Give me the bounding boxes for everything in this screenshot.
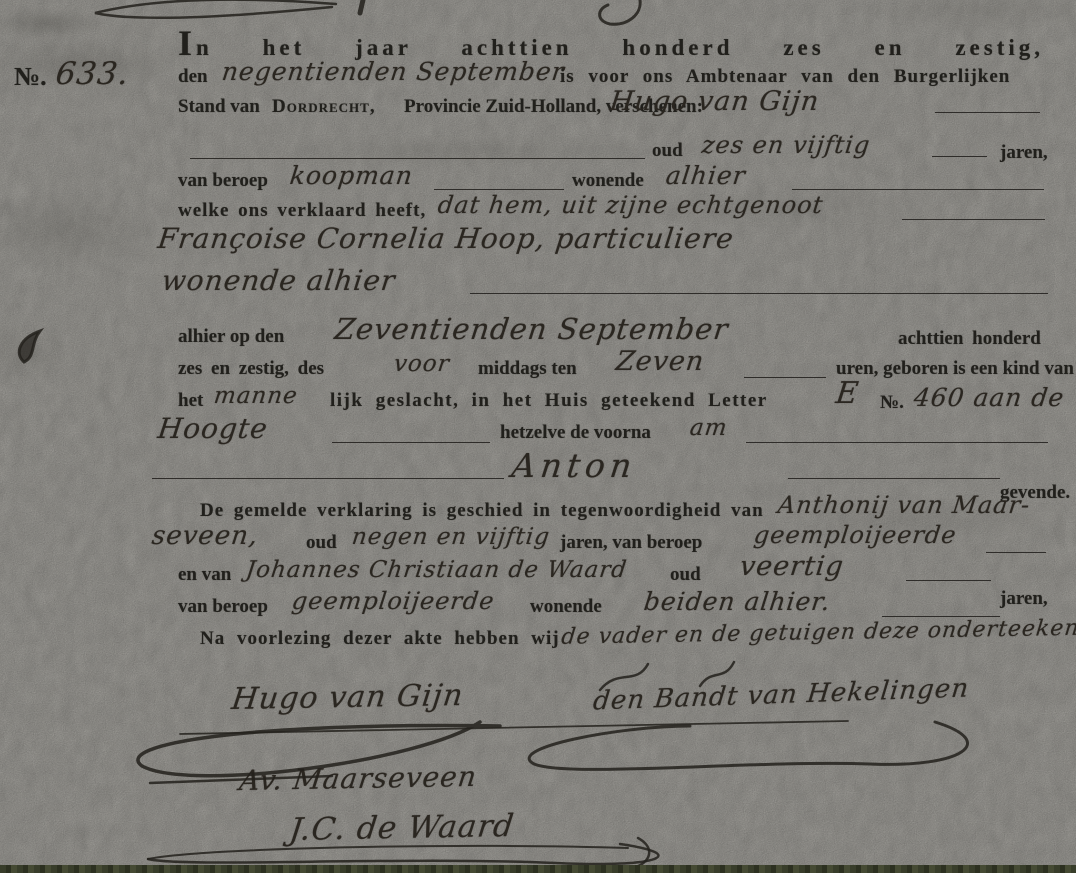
line-alhier-op-den: alhier op den — [178, 326, 284, 348]
blank-line-rule — [152, 478, 504, 479]
certificate-scan-page: №. 633. In het jaar achttien honderd zes… — [0, 0, 1076, 873]
blank-line-rule — [746, 442, 1048, 443]
house-number-script: 460 aan de — [912, 383, 1066, 412]
voornaam-suffix-script: am — [688, 415, 729, 441]
line-oud-3: oud — [670, 564, 701, 586]
witness2-signature: J.C. de Waard — [288, 808, 517, 848]
municipality-name: Dordrecht, — [272, 96, 376, 118]
declarant-name-script: Hugo van Gijn — [608, 86, 821, 117]
witness2-occupation-script: geemploijeerde — [290, 587, 496, 615]
mother-name-script: Françoise Cornelia Hoop, particuliere — [156, 222, 736, 255]
line-hetzelve-voorna: hetzelve de voorna — [500, 422, 651, 444]
blank-line-rule — [470, 293, 1048, 294]
witness1-signature: Av. Maarseveen — [238, 760, 479, 797]
blank-line-rule — [906, 580, 991, 581]
line-na-voorlezing: Na voorlezing dezer akte hebben wij — [200, 628, 560, 650]
line-achttien-honderd: achttien honderd — [898, 328, 1041, 350]
line-uren-geboren: uren, geboren is een kind van — [836, 358, 1074, 380]
act-number-value: 633. — [54, 56, 131, 92]
line-verklaard: welke ons verklaard heeft, — [178, 200, 426, 222]
street-name-script: Hoogte — [156, 412, 270, 445]
scan-edge-band — [0, 865, 1076, 873]
line-oud: oud — [652, 140, 683, 162]
blank-line-rule — [986, 552, 1046, 553]
declarant-residence-script: alhier — [664, 161, 747, 190]
registration-date-script: negentienden September — [220, 57, 566, 86]
witness1-name-cont-script: seveen, — [150, 521, 260, 551]
bleed-through-smudge — [0, 8, 100, 38]
blank-line-rule — [935, 112, 1040, 113]
line-het: het — [178, 390, 203, 412]
line-stand-van: Stand van — [178, 96, 260, 118]
official-signature: den Bandt van Hekelingen — [592, 673, 971, 716]
house-letter-script: E — [834, 376, 861, 411]
line-wonende-2: wonende — [530, 596, 602, 618]
child-gender-script: manne — [212, 383, 299, 409]
blank-line-rule — [190, 158, 645, 159]
witness1-age-script: negen en vijftig — [350, 524, 551, 550]
line-wonende: wonende — [572, 170, 644, 192]
declaration-script: dat hem, uit zijne echtgenoot — [436, 191, 825, 219]
blank-line-rule — [332, 442, 490, 443]
blank-line-rule — [434, 189, 564, 190]
witness2-age-script: veertig — [738, 551, 846, 582]
time-of-day-script: voor — [392, 351, 451, 377]
line-gemelde-verklaring: De gemelde verklaring is geschied in teg… — [200, 500, 764, 522]
blank-line-rule — [744, 377, 826, 378]
line-house-no-label: №. — [880, 392, 904, 414]
line-oud-2: oud — [306, 532, 337, 554]
birth-hour-script: Zeven — [614, 346, 706, 377]
line-jaren-2: jaren, — [1000, 588, 1048, 610]
declarant-occupation-script: koopman — [288, 161, 415, 190]
blank-line-rule — [902, 219, 1045, 220]
line-official: is voor ons Ambtenaar van den Burgerlijk… — [560, 66, 1010, 88]
closing-clause-script: de vader en de getuigen deze onderteeken… — [560, 615, 1076, 649]
blank-line-rule — [932, 156, 987, 157]
witnesses-residence-script: beiden alhier. — [642, 587, 832, 616]
child-name-script: Anton — [510, 446, 639, 485]
bleed-through-smudge — [0, 190, 160, 270]
line-van-beroep: van beroep — [178, 170, 268, 192]
declarant-age-script: zes en vijftig — [700, 131, 872, 159]
line-middags-ten: middags ten — [478, 358, 577, 380]
line-en-van: en van — [178, 564, 231, 586]
line-jaren: jaren, — [1000, 142, 1048, 164]
father-signature: Hugo van Gijn — [230, 678, 466, 717]
line-date-prefix: den — [178, 66, 208, 88]
blank-line-rule — [788, 478, 1000, 479]
witness1-name-script: Anthonij van Maar- — [776, 491, 1032, 519]
line-jaren-beroep: jaren, van beroep — [560, 532, 702, 554]
blank-line-rule — [792, 189, 1044, 190]
witness1-occupation-script: geemploijeerde — [752, 521, 958, 549]
bleed-through-smudge — [0, 325, 70, 380]
act-number-label: №. — [14, 62, 47, 92]
line-zes-en-zestig: zes en zestig, des — [178, 358, 324, 380]
line-geslacht-huis: lijk geslacht, in het Huis geteekend Let… — [330, 390, 768, 412]
birth-date-script: Zeventienden September — [333, 312, 731, 346]
line-van-beroep-2: van beroep — [178, 596, 268, 618]
mother-residence-script: wonende alhier — [160, 264, 398, 297]
witness2-name-script: Johannes Christiaan de Waard — [244, 557, 628, 583]
